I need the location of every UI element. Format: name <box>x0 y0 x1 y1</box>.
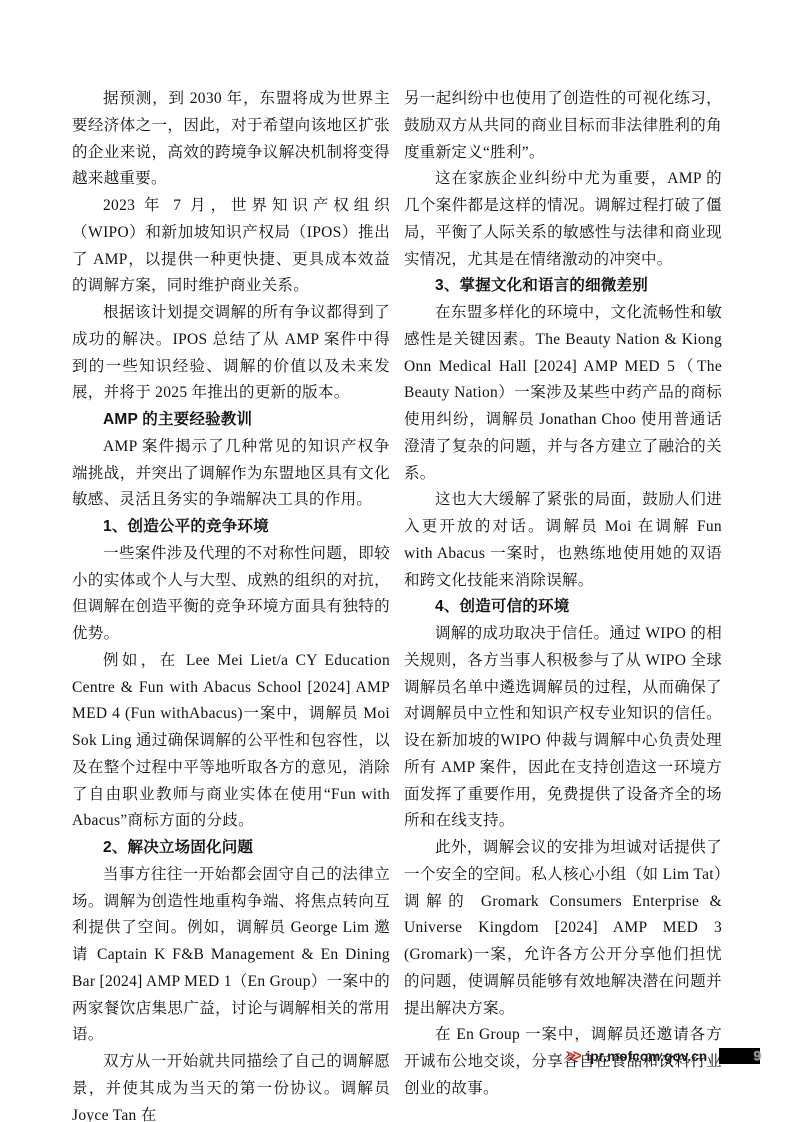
page-footer: >> ipr.mofcom.gov.cn 9 <box>566 1044 760 1068</box>
paragraph: 一些案件涉及代理的不对称性问题，即较小的实体或个人与大型、成熟的组织的对抗，但调… <box>72 541 390 648</box>
chevron-right-icon: >> <box>566 1047 580 1064</box>
paragraph: 据预测，到 2030 年，东盟将成为世界主要经济体之一，因此，对于希望向该地区扩… <box>72 86 390 193</box>
heading-4-trusted-environment: 4、创造可信的环境 <box>404 594 722 621</box>
heading-1-level-playing-field: 1、创造公平的竞争环境 <box>72 514 390 541</box>
paragraph: 此外，调解会议的安排为坦诚对话提供了一个安全的空间。私人核心小组（如 Lim T… <box>404 835 722 1022</box>
paragraph: 当事方往往一开始都会固守自己的法律立场。调解为创造性地重构争端、将焦点转向互利提… <box>72 862 390 1049</box>
document-page: 据预测，到 2030 年，东盟将成为世界主要经济体之一，因此，对于希望向该地区扩… <box>0 0 794 1122</box>
page-number-box: 9 <box>719 1048 760 1064</box>
paragraph: 双方从一开始就共同描绘了自己的调解愿景，并使其成为当天的第一份协议。调解员 Jo… <box>72 1049 390 1122</box>
heading-3-cultural-nuance: 3、掌握文化和语言的细微差别 <box>404 273 722 300</box>
heading-2-positional-rigidity: 2、解决立场固化问题 <box>72 835 390 862</box>
right-column: 另一起纠纷中也使用了创造性的可视化练习，鼓励双方从共同的商业目标而非法律胜利的角… <box>404 86 722 1122</box>
paragraph: AMP 案件揭示了几种常见的知识产权争端挑战，并突出了调解作为东盟地区具有文化敏… <box>72 434 390 514</box>
paragraph: 根据该计划提交调解的所有争议都得到了成功的解决。IPOS 总结了从 AMP 案件… <box>72 300 390 407</box>
paragraph: 这在家族企业纠纷中尤为重要，AMP 的几个案件都是这样的情况。调解过程打破了僵局… <box>404 166 722 273</box>
page-number: 9 <box>753 1049 761 1063</box>
paragraph-continuation: 另一起纠纷中也使用了创造性的可视化练习，鼓励双方从共同的商业目标而非法律胜利的角… <box>404 86 722 166</box>
section-heading-amp-lessons: AMP 的主要经验教训 <box>72 407 390 434</box>
left-column: 据预测，到 2030 年，东盟将成为世界主要经济体之一，因此，对于希望向该地区扩… <box>72 86 390 1122</box>
paragraph: 这也大大缓解了紧张的局面，鼓励人们进入更开放的对话。调解员 Moi 在调解 Fu… <box>404 487 722 594</box>
paragraph: 例如，在 Lee Mei Liet/a CY Education Centre … <box>72 648 390 835</box>
paragraph: 在东盟多样化的环境中，文化流畅性和敏感性是关键因素。The Beauty Nat… <box>404 300 722 487</box>
text-columns: 据预测，到 2030 年，东盟将成为世界主要经济体之一，因此，对于希望向该地区扩… <box>72 86 722 1122</box>
paragraph: 调解的成功取决于信任。通过 WIPO 的相关规则，各方当事人积极参与了从 WIP… <box>404 621 722 835</box>
paragraph: 2023 年 7 月，世界知识产权组织（WIPO）和新加坡知识产权局（IPOS）… <box>72 193 390 300</box>
footer-url: ipr.mofcom.gov.cn <box>587 1049 708 1064</box>
